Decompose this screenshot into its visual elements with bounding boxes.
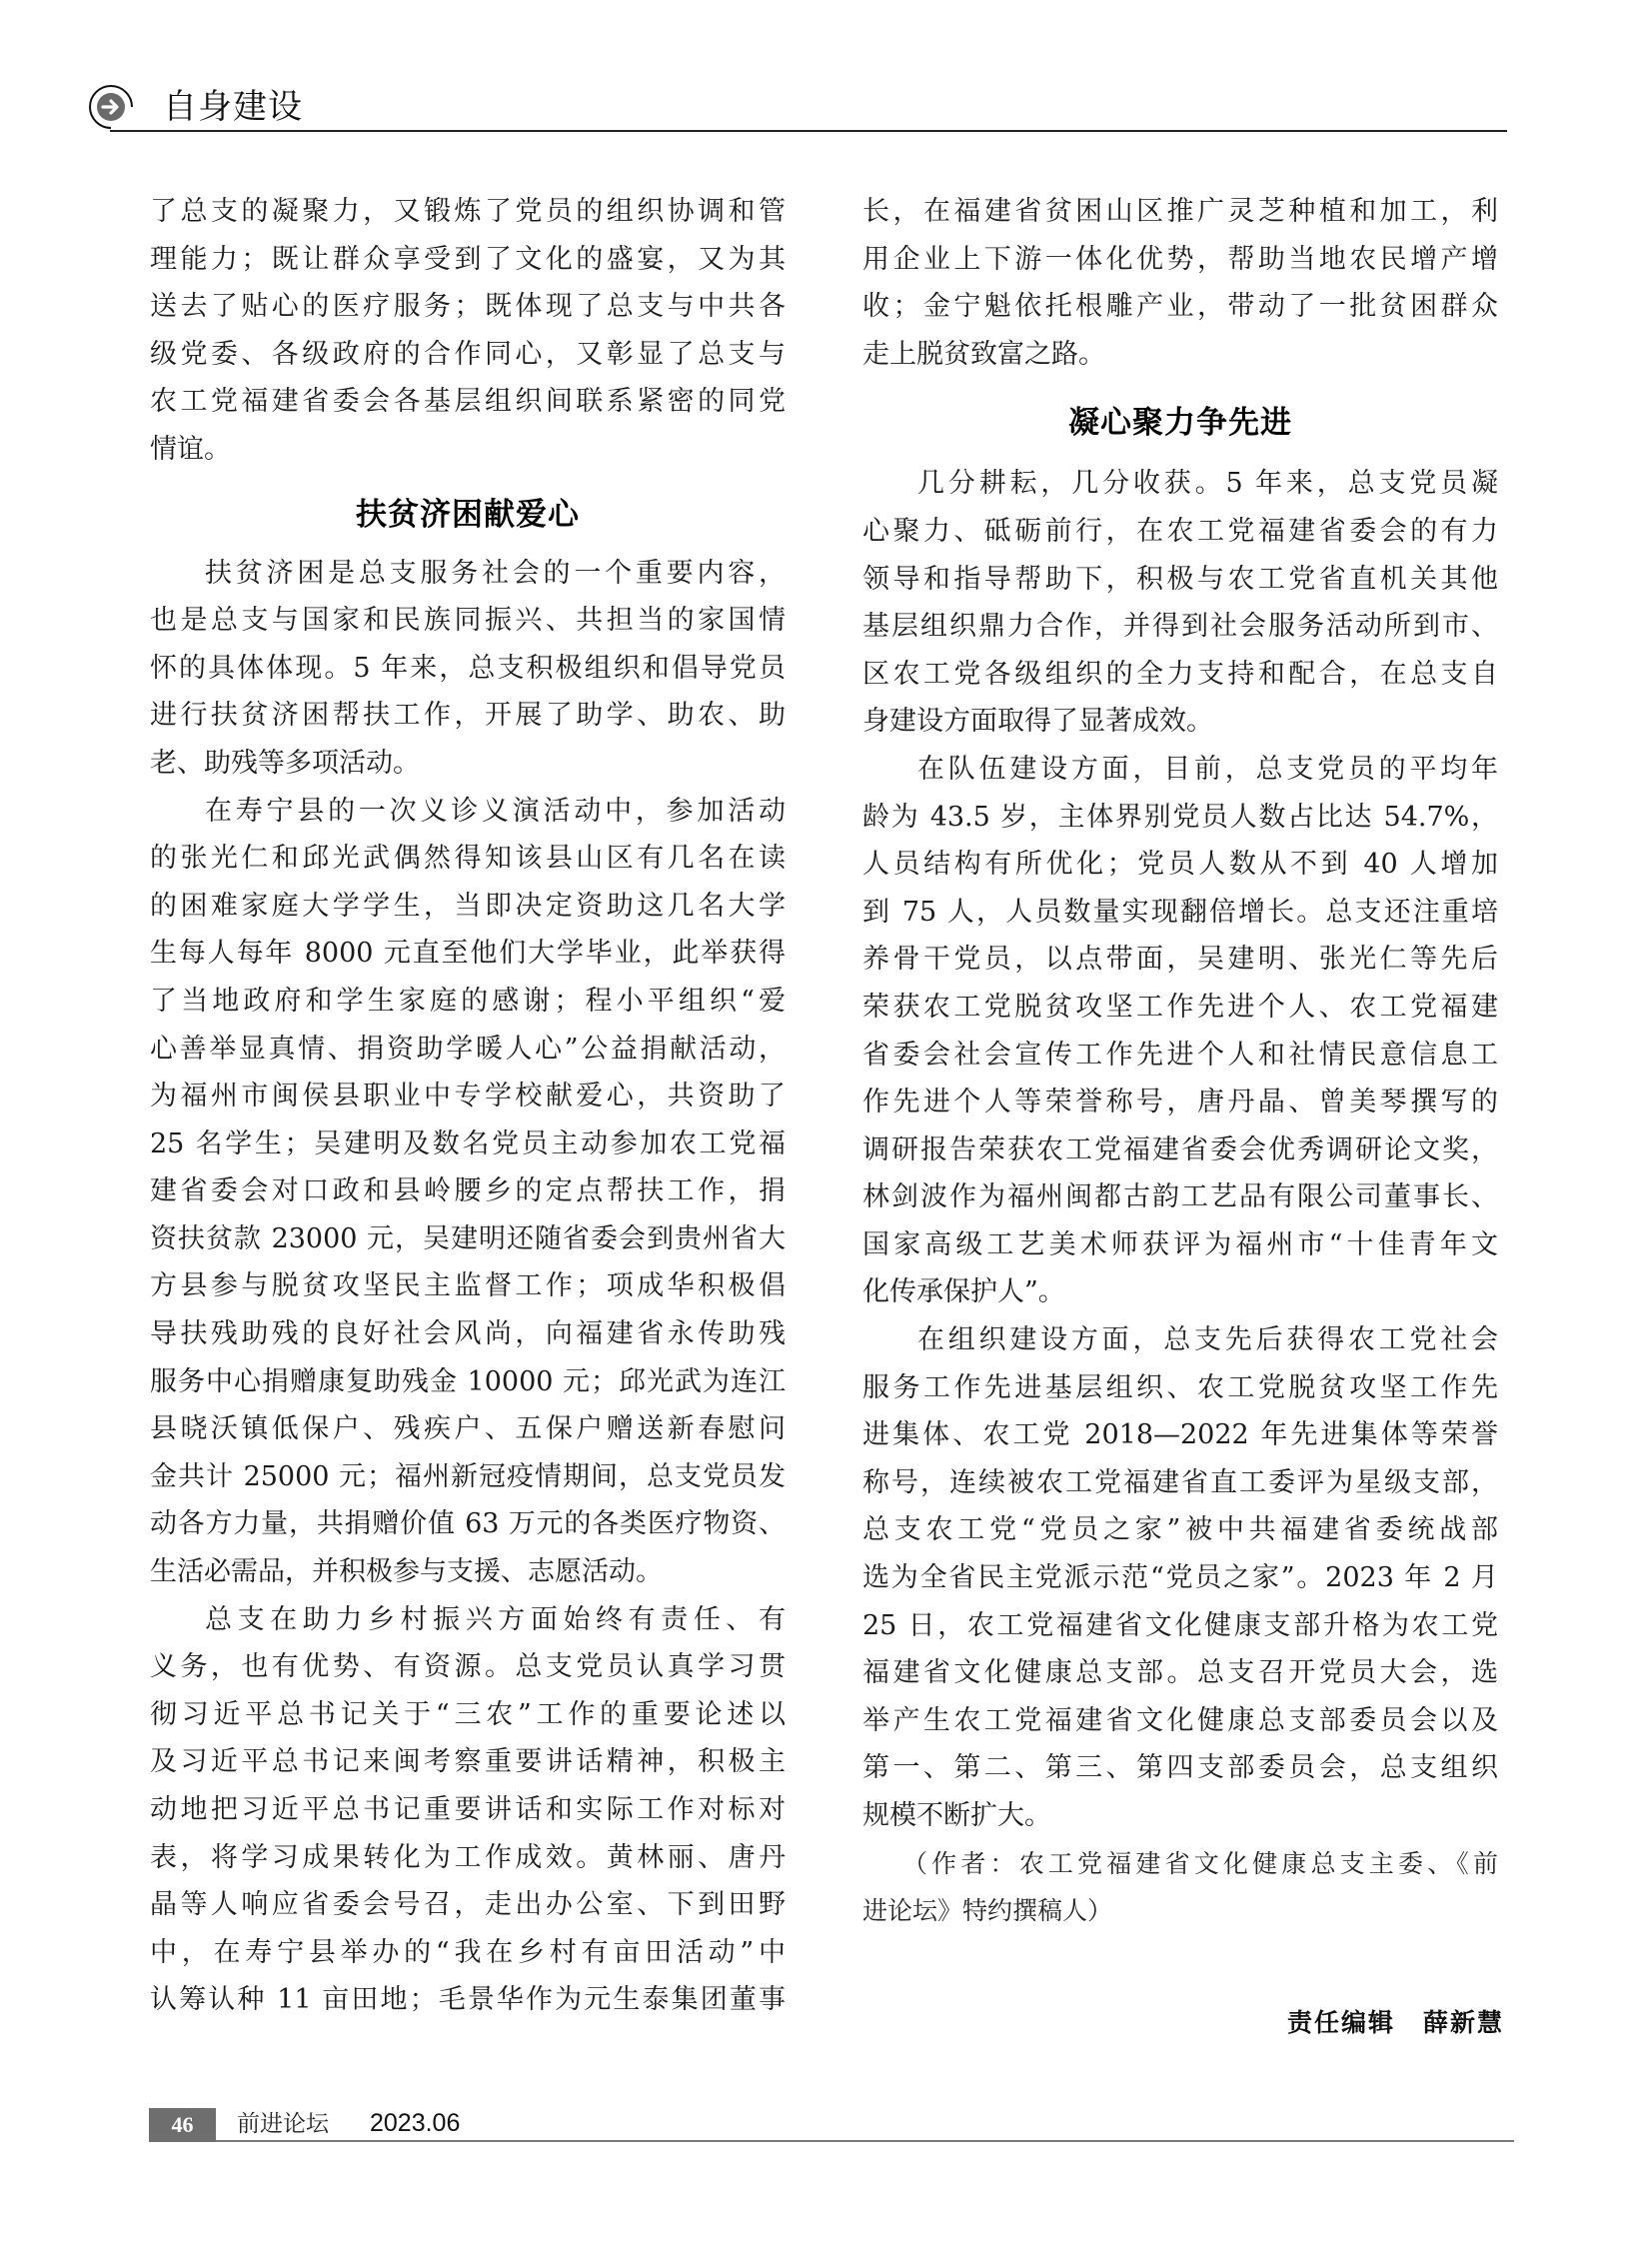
text-line: 身建设方面取得了显著成效。: [862, 698, 1498, 746]
text-line: 动地把习近平总书记重要讲话和实际工作对标对: [150, 1786, 786, 1834]
intro-paragraph: 了总支的凝聚力，又锻炼了党员的组织协调和管 理能力；既让群众享受到了文化的盛宴，…: [150, 188, 786, 474]
left-column: 了总支的凝聚力，又锻炼了党员的组织协调和管 理能力；既让群众享受到了文化的盛宴，…: [150, 188, 786, 2024]
text-line: 服务工作先进基层组织、农工党脱贫攻坚工作先: [862, 1364, 1498, 1412]
footer-divider: [216, 2140, 1514, 2142]
text-line: 基层组织鼎力合作，并得到社会服务活动所到市、: [862, 603, 1498, 651]
text-line: 农工党福建省委会各基层组织间联系紧密的同党: [150, 378, 786, 426]
text-line: 动各方力量，共捐赠价值 63 万元的各类医疗物资、: [150, 1500, 786, 1548]
text-line: 也是总支与国家和民族同振兴、共担当的家国情: [150, 597, 786, 645]
text-line: 的张光仁和邱光武偶然得知该县山区有几名在读: [150, 835, 786, 883]
text-line: 金共计 25000 元；福州新冠疫情期间，总支党员发: [150, 1453, 786, 1501]
arrow-right-circle-icon: [88, 84, 134, 130]
section-heading: 凝心聚力争先进: [862, 392, 1498, 454]
text-line: 怀的具体体现。5 年来，总支积极组织和倡导党员: [150, 645, 786, 693]
text-line: 举产生农工党福建省文化健康总支部委员会以及: [862, 1697, 1498, 1745]
text-line: 调研报告荣获农工党福建省委会优秀调研论文奖，: [862, 1126, 1498, 1174]
text-line: 心聚力、砥砺前行，在农工党福建省委会的有力: [862, 508, 1498, 556]
journal-name: 前进论坛: [237, 2109, 329, 2139]
text-line: 了总支的凝聚力，又锻炼了党员的组织协调和管: [150, 188, 786, 236]
text-line: 规模不断扩大。: [862, 1792, 1498, 1840]
text-line: 导扶残助残的良好社会风尚，向福建省永传助残: [150, 1310, 786, 1358]
text-line: 第一、第二、第三、第四支部委员会，总支组织: [862, 1744, 1498, 1792]
paragraph: 总支在助力乡村振兴方面始终有责任、有 义务，也有优势、有资源。总支党员认真学习贯…: [150, 1596, 786, 2024]
paragraph: 在队伍建设方面，目前，总支党员的平均年 龄为 43.5 岁，主体界别党员人数占比…: [862, 746, 1498, 1316]
right-column: 长，在福建省贫困山区推广灵芝种植和加工，利 用企业上下游一体化优势，帮助当地农民…: [862, 188, 1498, 1935]
text-line: 到 75 人，人员数量实现翻倍增长。总支还注重培: [862, 889, 1498, 937]
author-note-line: （作者：农工党福建省文化健康总支主委、《前: [862, 1840, 1498, 1888]
text-line: 养骨干党员，以点带面，吴建明、张光仁等先后: [862, 936, 1498, 984]
paragraph: 在寿宁县的一次义诊义演活动中，参加活动 的张光仁和邱光武偶然得知该县山区有几名在…: [150, 788, 786, 1596]
text-line: 进集体、农工党 2018—2022 年先进集体等荣誉: [862, 1411, 1498, 1459]
text-line: 生活必需品，并积极参与支援、志愿活动。: [150, 1548, 786, 1596]
text-line: 在组织建设方面，总支先后获得农工党社会: [862, 1316, 1498, 1364]
text-line: 长，在福建省贫困山区推广灵芝种植和加工，利: [862, 188, 1498, 236]
text-line: 情谊。: [150, 426, 786, 474]
text-line: 老、助残等多项活动。: [150, 740, 786, 788]
text-line: 心善举显真情、捐资助学暖人心”公益捐献活动，: [150, 1026, 786, 1074]
text-line: 生每人每年 8000 元直至他们大学毕业，此举获得: [150, 930, 786, 978]
intro-paragraph: 长，在福建省贫困山区推广灵芝种植和加工，利 用企业上下游一体化优势，帮助当地农民…: [862, 188, 1498, 378]
text-line: 收；金宁魁依托根雕产业，带动了一批贫困群众: [862, 283, 1498, 331]
text-line: 方县参与脱贫攻坚民主监督工作；项成华积极倡: [150, 1262, 786, 1310]
section-heading: 扶贫济困献爱心: [150, 484, 786, 546]
text-line: 几分耕耘，几分收获。5 年来，总支党员凝: [862, 460, 1498, 508]
text-line: 化传承保护人”。: [862, 1268, 1498, 1316]
text-line: 资扶贫款 23000 元，吴建明还随省委会到贵州省大: [150, 1215, 786, 1263]
text-line: 省委会社会宣传工作先进个人和社情民意信息工: [862, 1032, 1498, 1080]
text-line: 国家高级工艺美术师获评为福州市“十佳青年文: [862, 1221, 1498, 1269]
text-line: 中，在寿宁县举办的“我在乡村有亩田活动”中: [150, 1929, 786, 1977]
text-line: 人员结构有所优化；党员人数从不到 40 人增加: [862, 841, 1498, 889]
text-line: 认筹认种 11 亩田地；毛景华作为元生泰集团董事: [150, 1976, 786, 2024]
header-divider: [110, 130, 1507, 132]
text-line: 服务中心捐赠康复助残金 10000 元；邱光武为连江: [150, 1358, 786, 1406]
text-line: 彻习近平总书记关于“三农”工作的重要论述以: [150, 1691, 786, 1739]
text-line: 荣获农工党脱贫攻坚工作先进个人、农工党福建: [862, 984, 1498, 1032]
paragraph: 在组织建设方面，总支先后获得农工党社会 服务工作先进基层组织、农工党脱贫攻坚工作…: [862, 1316, 1498, 1840]
text-line: 在寿宁县的一次义诊义演活动中，参加活动: [150, 788, 786, 836]
text-line: 送去了贴心的医疗服务；既体现了总支与中共各: [150, 283, 786, 331]
text-line: 用企业上下游一体化优势，帮助当地农民增产增: [862, 236, 1498, 284]
text-line: 作先进个人等荣誉称号，唐丹晶、曾美琴撰写的: [862, 1079, 1498, 1126]
paragraph: 扶贫济困是总支服务社会的一个重要内容， 也是总支与国家和民族同振兴、共担当的家国…: [150, 550, 786, 788]
editor-label: 责任编辑: [1287, 2008, 1395, 2037]
text-line: 表，将学习成果转化为工作成效。黄林丽、唐丹: [150, 1834, 786, 1882]
text-line: 扶贫济困是总支服务社会的一个重要内容，: [150, 550, 786, 598]
issue-date: 2023.06: [370, 2108, 460, 2138]
text-line: 区农工党各级组织的全力支持和配合，在总支自: [862, 651, 1498, 699]
text-line: 25 日，农工党福建省文化健康支部升格为农工党: [862, 1602, 1498, 1650]
author-note-line: 进论坛》特约撰稿人）: [862, 1887, 1498, 1935]
text-line: 进行扶贫济困帮扶工作，开展了助学、助农、助: [150, 692, 786, 740]
text-line: 县晓沃镇低保户、残疾户、五保户赠送新春慰问: [150, 1405, 786, 1453]
page-number: 46: [149, 2108, 216, 2142]
paragraph: 几分耕耘，几分收获。5 年来，总支党员凝 心聚力、砥砺前行，在农工党福建省委会的…: [862, 460, 1498, 746]
text-line: 总支在助力乡村振兴方面始终有责任、有: [150, 1596, 786, 1644]
responsible-editor: 责任编辑薛新慧: [1287, 2003, 1504, 2039]
editor-name: 薛新慧: [1423, 2008, 1504, 2037]
text-line: 领导和指导帮助下，积极与农工党省直机关其他: [862, 556, 1498, 604]
text-line: 总支农工党“党员之家”被中共福建省委统战部: [862, 1506, 1498, 1554]
text-line: 称号，连续被农工党福建省直工委评为星级支部，: [862, 1459, 1498, 1507]
text-line: 建省委会对口政和县岭腰乡的定点帮扶工作，捐: [150, 1167, 786, 1215]
text-line: 25 名学生；吴建明及数名党员主动参加农工党福: [150, 1121, 786, 1168]
text-line: 走上脱贫致富之路。: [862, 331, 1498, 379]
text-line: 龄为 43.5 岁，主体界别党员人数占比达 54.7%，: [862, 794, 1498, 842]
text-line: 义务，也有优势、有资源。总支党员认真学习贯: [150, 1643, 786, 1691]
page-footer: 46 前进论坛 2023.06: [149, 2108, 1514, 2144]
text-line: 选为全省民主党派示范“党员之家”。2023 年 2 月: [862, 1554, 1498, 1602]
text-line: 在队伍建设方面，目前，总支党员的平均年: [862, 746, 1498, 794]
text-line: 林剑波作为福州闽都古韵工艺品有限公司董事长、: [862, 1173, 1498, 1221]
text-line: 的困难家庭大学学生，当即决定资助这几名大学: [150, 883, 786, 931]
text-line: 及习近平总书记来闽考察重要讲话精神，积极主: [150, 1738, 786, 1786]
text-line: 为福州市闽侯县职业中专学校献爱心，共资助了: [150, 1073, 786, 1121]
text-line: 理能力；既让群众享受到了文化的盛宴，又为其: [150, 236, 786, 284]
text-line: 了当地政府和学生家庭的感谢；程小平组织“爱: [150, 978, 786, 1026]
text-line: 级党委、各级政府的合作同心，又彰显了总支与: [150, 331, 786, 379]
text-line: 晶等人响应省委会号召，走出办公室、下到田野: [150, 1881, 786, 1929]
author-note: （作者：农工党福建省文化健康总支主委、《前 进论坛》特约撰稿人）: [862, 1840, 1498, 1935]
text-line: 福建省文化健康总支部。总支召开党员大会，选: [862, 1649, 1498, 1697]
section-header: 自身建设: [88, 84, 1507, 132]
section-title: 自身建设: [163, 87, 303, 127]
